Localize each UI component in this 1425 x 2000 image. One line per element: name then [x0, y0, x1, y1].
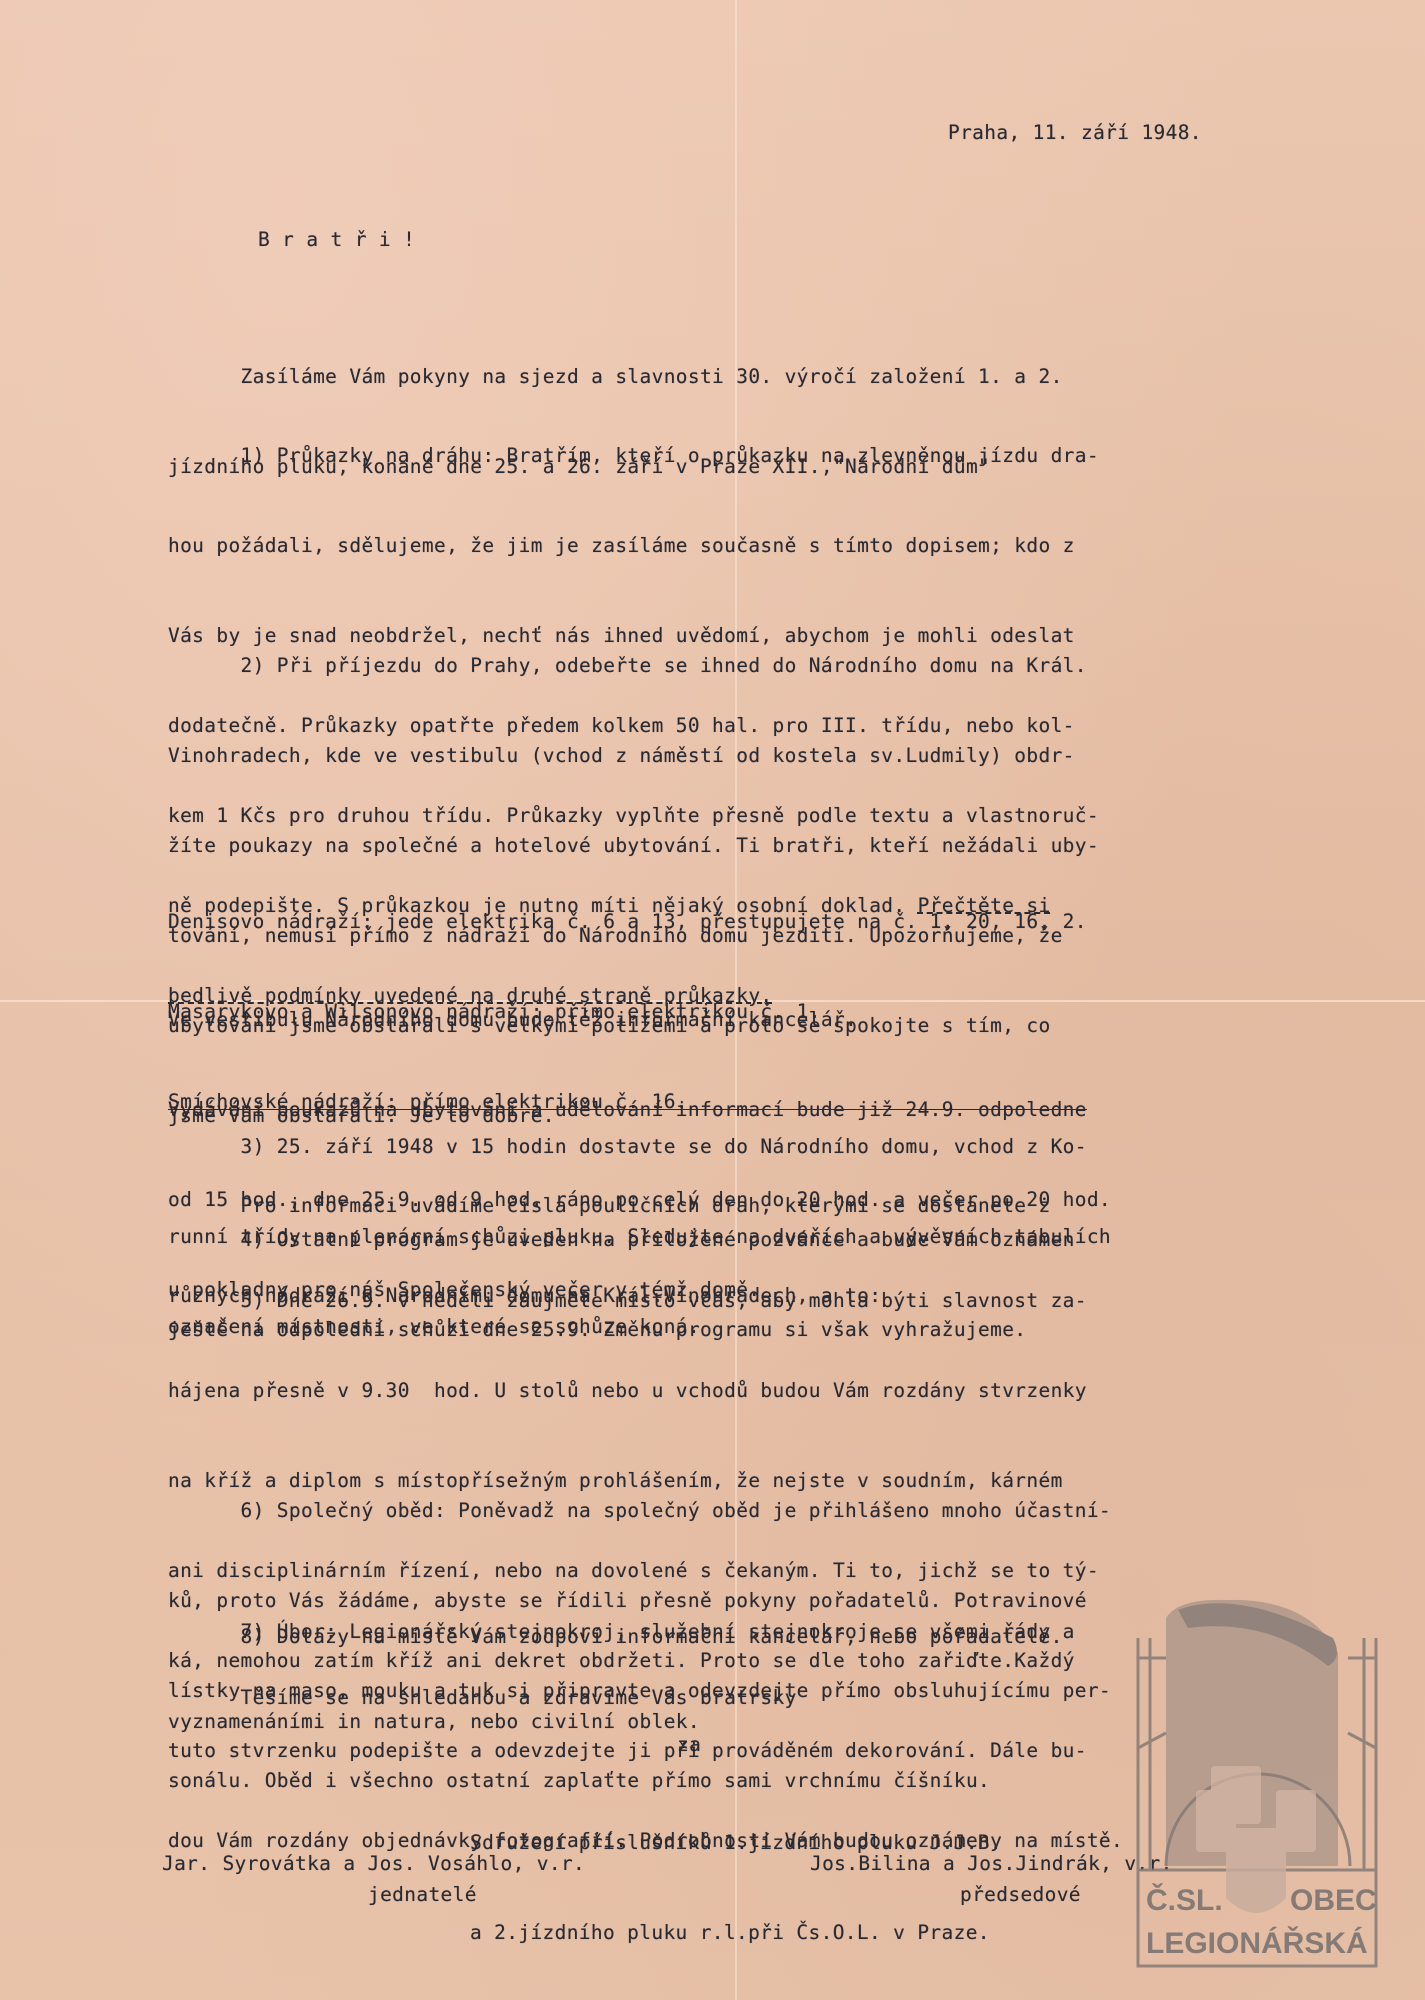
text-line: 5) Dne 26.9. v neděli zaujměte místo vča…: [168, 1286, 1123, 1316]
emblem-text-csl: Č.SL.: [1146, 1883, 1223, 1917]
date-line: Praha, 11. září 1948.: [948, 118, 1202, 148]
closing-line: Těšíme se na shledanou a zdravíme Vás br…: [168, 1683, 797, 1713]
org-line: a 2.jízdního pluku r.l.při Čs.O.L. v Pra…: [470, 1918, 1002, 1948]
legionnaire-emblem-watermark: Č.SL. OBEC LEGIONÁŘSKÁ: [1118, 1598, 1396, 1968]
text-line: 2) Při příjezdu do Prahy, odebeřte se ih…: [168, 651, 1099, 681]
signature-right-role: předsedové: [960, 1880, 1081, 1910]
za-text: za: [677, 1730, 701, 1760]
text-line: 1) Průkazky na dráhu: Bratřím, kteří o p…: [168, 441, 1099, 471]
section-7: 7) Úbor: Legionářský stejnokroj, služebn…: [168, 1557, 1075, 1767]
tram-route: Denisovo nádraží: jede elektrika č. 6 a …: [168, 907, 1087, 937]
text-line: hájena přesně v 9.30 hod. U stolů nebo u…: [168, 1376, 1123, 1406]
text-line: hou požádali, sdělujeme, že jim je zasíl…: [168, 531, 1099, 561]
text-line: Vinohradech, kde ve vestibulu (vchod z n…: [168, 741, 1099, 771]
emblem-text-legionarska: LEGIONÁŘSKÁ: [1146, 1926, 1368, 1960]
text-line: Ve vestibulu Národního domu bude též inf…: [168, 1005, 1111, 1035]
signature-left-role: jednatelé: [368, 1880, 477, 1910]
section-8: 8) Dotazy na místě Vám zodpoví informačn…: [168, 1622, 1063, 1652]
signature-left-names: Jar. Syrovátka a Jos. Vosáhlo, v.r.: [162, 1849, 585, 1879]
salutation: B r a t ř i !: [258, 225, 415, 255]
legionnaire-soldier-icon: Č.SL. OBEC LEGIONÁŘSKÁ: [1118, 1598, 1396, 1968]
text-line: 6) Společný oběd: Poněvadž na společný o…: [168, 1496, 1111, 1526]
text-line: 3) 25. září 1948 v 15 hodin dostavte se …: [168, 1132, 1111, 1162]
emblem-text-obec: OBEC: [1290, 1884, 1377, 1917]
